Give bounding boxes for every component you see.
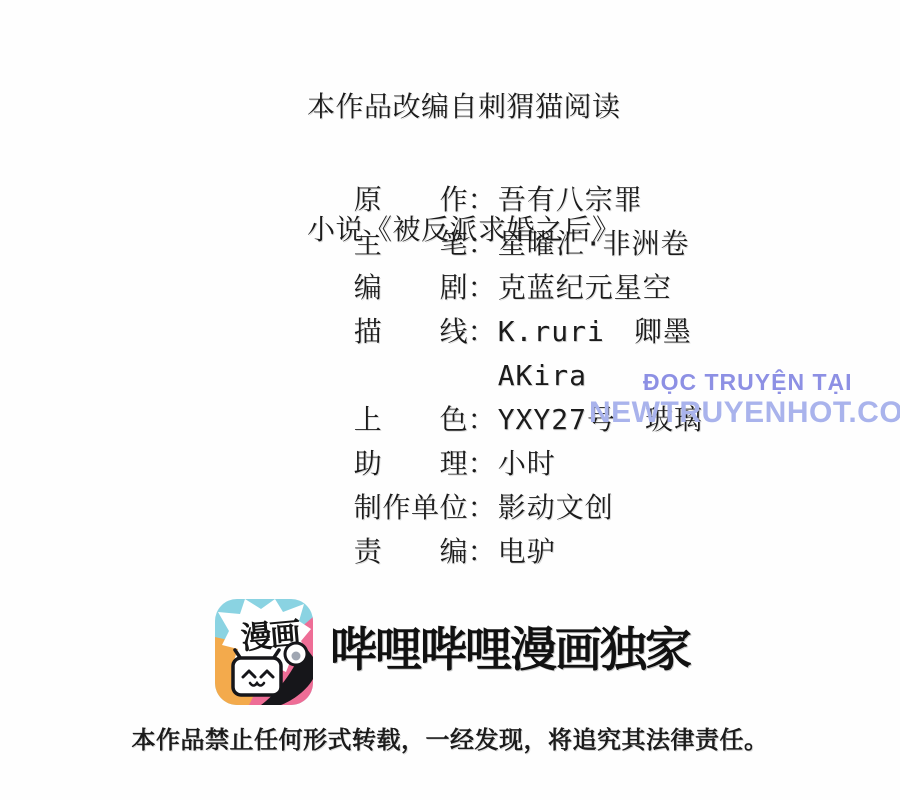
credit-colon: ： (468, 270, 498, 306)
credit-label: 主笔 (354, 226, 468, 262)
comic-credits-page: 本作品改编自刺猬猫阅读 小说《被反派求婚之后》 原作：吾有八宗罪 主笔：星曜汇·… (0, 0, 900, 800)
credit-label: 原作 (354, 182, 468, 218)
adaptation-notice-line1: 本作品改编自刺猬猫阅读 (307, 86, 621, 127)
credit-value: 电驴 (498, 535, 556, 568)
credit-value: 克蓝纪元星空 (498, 271, 672, 304)
site-watermark-tagline: ĐỌC TRUYỆN TẠI (643, 369, 853, 396)
legal-disclaimer: 本作品禁止任何形式转载，一经发现，将追究其法律责任。 (0, 720, 900, 755)
credit-colon: ： (468, 446, 498, 482)
credit-colon: ： (468, 182, 498, 218)
credit-label: 描线 (354, 314, 468, 350)
credit-label: 助理 (354, 446, 468, 482)
bilibili-manga-logo-icon: 漫画 (215, 599, 313, 705)
credit-label: 责编 (354, 534, 468, 570)
tv-face-icon (233, 650, 281, 695)
credit-value: 小时 (498, 447, 556, 480)
site-watermark-domain: NEWTRUYENHOT.COM (589, 396, 900, 430)
credit-row-original-work: 原作：吾有八宗罪 (307, 146, 703, 190)
credit-value: 星曜汇·非洲卷 (498, 227, 690, 260)
credit-value: 影动文创 (498, 491, 614, 524)
credits-list: 原作：吾有八宗罪 主笔：星曜汇·非洲卷 编剧：克蓝纪元星空 描线：K.ruri … (307, 146, 703, 542)
credit-label: 上色 (354, 402, 468, 438)
credit-colon: ： (468, 402, 498, 438)
credit-colon: ： (468, 314, 498, 350)
credit-value: 吾有八宗罪 (498, 183, 643, 216)
credit-value: AKira (498, 359, 587, 392)
credit-label: 制作单位 (354, 490, 468, 526)
credit-colon: ： (468, 226, 498, 262)
publisher-exclusive-text: 哔哩哔哩漫画独家 (330, 613, 690, 680)
credit-colon: ： (468, 534, 498, 570)
credit-colon: ： (468, 490, 498, 526)
credit-label: 编剧 (354, 270, 468, 306)
credit-value: K.ruri 卿墨 (498, 315, 692, 348)
